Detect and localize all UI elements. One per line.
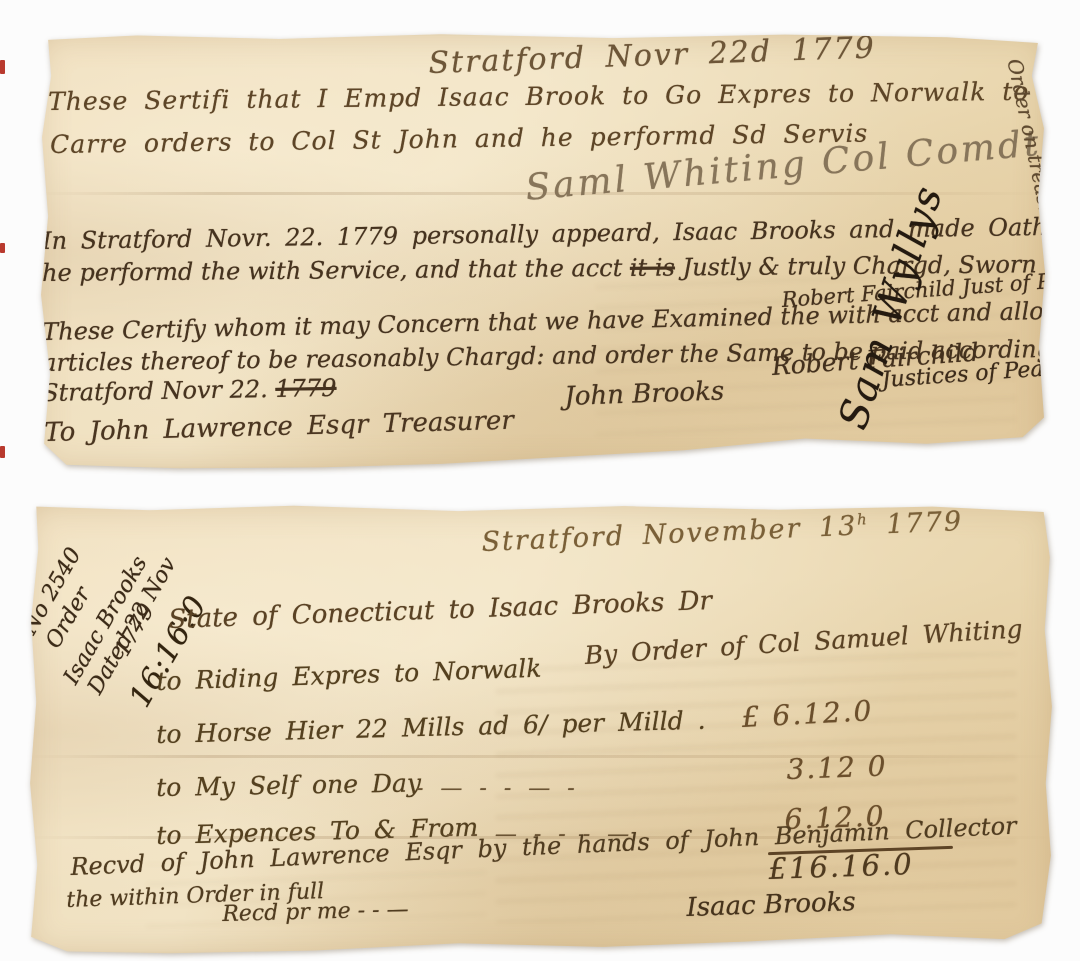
scan-artifact	[0, 446, 5, 458]
certificate-dateline: Stratford Novr 22d 1779	[428, 32, 876, 79]
total-amount: £16.16.0	[768, 849, 914, 884]
account-document: No 2540 Order Isaac Brooks Dated 22 Nov …	[26, 503, 1056, 955]
receipt-line-3: Recd pr me - - —	[222, 898, 409, 926]
item-desc: to Riding Expres to Norwalk	[156, 656, 542, 696]
signature-john-brooks: John Brooks	[564, 378, 725, 411]
certificate-document: Stratford Novr 22d 1779 These Sertifi th…	[36, 32, 1048, 470]
account-dateline-pre: Stratford November 13	[481, 511, 858, 558]
item-amount: 3.12 0	[786, 751, 888, 784]
scan-artifact	[0, 243, 5, 253]
item-dashes: - — - - — -	[416, 777, 580, 800]
scan-artifact	[0, 60, 5, 74]
oath-line-2-pre: he performd the with Service, and that t…	[42, 254, 630, 287]
treasurer-address-line: To John Lawrence Esqr Treasurer	[44, 408, 514, 448]
place-date-struck-year: 1779	[275, 374, 337, 403]
account-paper: No 2540 Order Isaac Brooks Dated 22 Nov …	[26, 503, 1056, 955]
item-amount: £ 6.12.0	[741, 696, 874, 732]
receipt-signature: Isaac Brooks	[686, 889, 856, 922]
item-desc: to Horse Hier 22 Mills ad 6/ per Milld .	[156, 708, 706, 749]
oath-line-2-struck-text: it is	[630, 253, 675, 281]
account-dateline-superscript: h	[857, 510, 869, 528]
order-note: By Order of Col Samuel Whiting	[584, 616, 1023, 669]
account-dateline-post: 1779	[868, 506, 964, 541]
scanned-documents-page: Stratford Novr 22d 1779 These Sertifi th…	[0, 0, 1080, 961]
fold-crease	[26, 755, 1056, 758]
certificate-paper: Stratford Novr 22d 1779 These Sertifi th…	[36, 32, 1048, 470]
certificate-body-line-1: These Sertifi that I Empd Isaac Brook to…	[48, 79, 1030, 116]
place-date-pre: Stratford Novr 22.	[42, 375, 276, 407]
item-desc: to My Self one Day	[156, 770, 421, 801]
account-dateline: Stratford November 13h 1779	[481, 508, 964, 557]
account-heading: State of Conecticut to Isaac Brooks Dr	[168, 588, 712, 634]
place-date-line: Stratford Novr 22. 1779	[42, 376, 337, 406]
